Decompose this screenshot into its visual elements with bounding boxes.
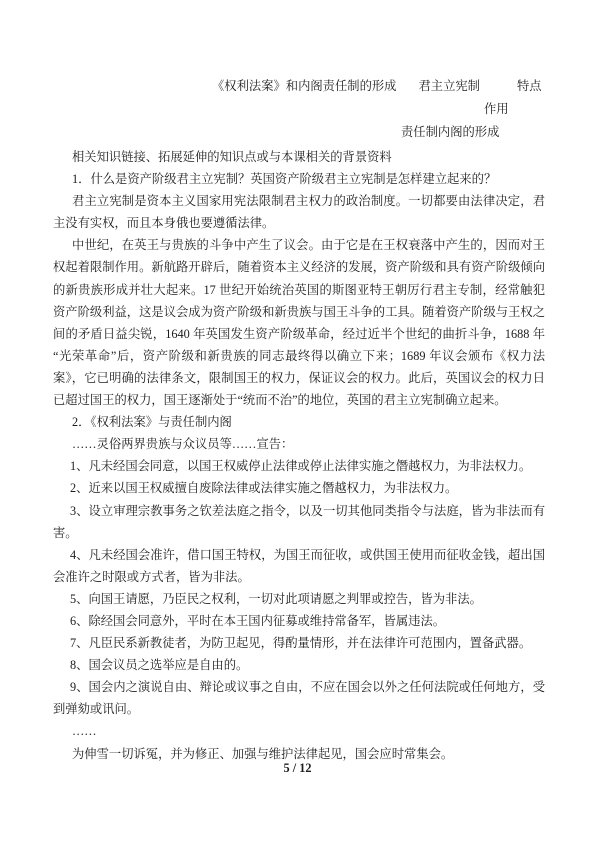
section-heading-background: 相关知识链接、拓展延伸的知识点或与本课相关的背景资料 bbox=[53, 146, 545, 168]
paragraph-definition: 君主立宪制是资本主义国家用宪法限制君主权力的政治制度。一切都要由法律决定，君主没… bbox=[53, 190, 545, 234]
bill-clause-1: 1、凡未经国会同意，以国王权威停止法律或停止法律实施之僭越权力，为非法权力。 bbox=[53, 455, 545, 477]
declaration-intro: ……灵俗两界贵族与众议员等……宣告： bbox=[53, 433, 545, 455]
outline-item-function: 作用 bbox=[484, 100, 509, 118]
question-1-heading: 1．什么是资产阶级君主立宪制？英国资产阶级君主立宪制是怎样建立起来的？ bbox=[53, 168, 545, 190]
document-body: 相关知识链接、拓展延伸的知识点或与本课相关的背景资料 1．什么是资产阶级君主立宪… bbox=[53, 146, 545, 765]
bill-clause-3: 3、设立审理宗教事务之钦差法庭之指令，以及一切其他同类指令与法庭，皆为非法而有害… bbox=[53, 500, 545, 544]
question-2-heading: 2．《权利法案》与责任制内阁 bbox=[53, 411, 545, 433]
paragraph-history: 中世纪，在英王与贵族的斗争中产生了议会。由于它是在王权衰落中产生的，因而对王权起… bbox=[53, 234, 545, 411]
bill-clause-9: 9、国会内之演说自由、辩论或议事之自由，不应在国会以外之任何法院或任何地方，受到… bbox=[53, 676, 545, 720]
outline-header-line: 《权利法案》和内阁责任制的形成 君主立宪制 特点 bbox=[212, 77, 542, 95]
page-number: 5 / 12 bbox=[0, 760, 595, 776]
bill-clause-2: 2、近来以国王权威擅自废除法律或法律实施之僭越权力，为非法权力。 bbox=[53, 477, 545, 499]
bill-clause-4: 4、凡未经国会准许，借口国王特权，为国王而征收，或供国王使用而征收金钱，超出国会… bbox=[53, 544, 545, 588]
bill-clause-6: 6、除经国会同意外，平时在本王国内征募或维持常备军，皆属违法。 bbox=[53, 610, 545, 632]
bill-clause-8: 8、国会议员之选举应是自由的。 bbox=[53, 654, 545, 676]
bill-clause-7: 7、凡臣民系新教徒者，为防卫起见，得酌量情形，并在法律许可范围内，置备武器。 bbox=[53, 632, 545, 654]
outline-item-constitutional-monarchy: 君主立宪制 bbox=[418, 77, 480, 95]
outline-title: 《权利法案》和内阁责任制的形成 bbox=[212, 77, 396, 95]
outline-item-features: 特点 bbox=[517, 77, 542, 95]
ellipsis-line: …… bbox=[53, 720, 545, 742]
bill-clause-5: 5、向国王请愿，乃臣民之权利，一切对此项请愿之判罪或控告，皆为非法。 bbox=[53, 588, 545, 610]
outline-item-cabinet-formation: 责任制内阁的形成 bbox=[401, 123, 499, 141]
document-page: 《权利法案》和内阁责任制的形成 君主立宪制 特点 作用 责任制内阁的形成 相关知… bbox=[0, 0, 595, 841]
